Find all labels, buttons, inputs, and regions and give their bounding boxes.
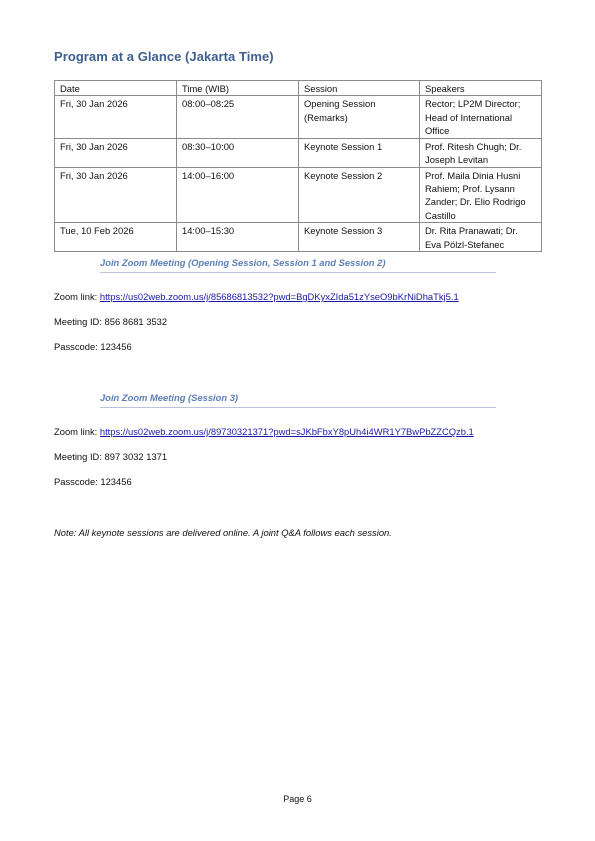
page-number: Page 6 xyxy=(0,794,595,804)
page-title: Program at a Glance (Jakarta Time) xyxy=(54,49,274,64)
table-row: Tue, 10 Feb 2026 14:00–15:30 Keynote Ses… xyxy=(55,223,542,252)
header-speakers: Speakers xyxy=(420,81,542,96)
cell-date: Fri, 30 Jan 2026 xyxy=(55,167,177,223)
table-header-row: Date Time (WIB) Session Speakers xyxy=(55,81,542,96)
cell-speakers: Prof. Maila Dinia Husni Rahiem; Prof. Ly… xyxy=(420,167,542,223)
cell-session: Keynote Session 3 xyxy=(299,223,420,252)
table-row: Fri, 30 Jan 2026 08:30–10:00 Keynote Ses… xyxy=(55,138,542,167)
cell-time: 14:00–15:30 xyxy=(177,223,299,252)
meeting-1-id: Meeting ID: 856 8681 3532 xyxy=(54,316,167,327)
meeting-2-passcode: Passcode: 123456 xyxy=(54,476,132,487)
meeting-1-link-line: Zoom link: https://us02web.zoom.us/j/856… xyxy=(54,291,459,302)
cell-speakers: Dr. Rita Pranawati; Dr. Eva Pölzl-Stefan… xyxy=(420,223,542,252)
cell-speakers: Prof. Ritesh Chugh; Dr. Joseph Levitan xyxy=(420,138,542,167)
cell-time: 08:30–10:00 xyxy=(177,138,299,167)
program-table: Date Time (WIB) Session Speakers Fri, 30… xyxy=(54,80,542,252)
cell-session: Opening Session (Remarks) xyxy=(299,96,420,138)
meeting-2-heading: Join Zoom Meeting (Session 3) xyxy=(100,392,496,408)
table-row: Fri, 30 Jan 2026 14:00–16:00 Keynote Ses… xyxy=(55,167,542,223)
table-row: Fri, 30 Jan 2026 08:00–08:25 Opening Ses… xyxy=(55,96,542,138)
meeting-2-id: Meeting ID: 897 3032 1371 xyxy=(54,451,167,462)
meeting-1-passcode: Passcode: 123456 xyxy=(54,341,132,352)
cell-time: 14:00–16:00 xyxy=(177,167,299,223)
cell-session: Keynote Session 2 xyxy=(299,167,420,223)
cell-date: Tue, 10 Feb 2026 xyxy=(55,223,177,252)
meeting-1-heading: Join Zoom Meeting (Opening Session, Sess… xyxy=(100,257,496,273)
zoom-link-label: Zoom link: xyxy=(54,291,100,302)
cell-speakers: Rector; LP2M Director; Head of Internati… xyxy=(420,96,542,138)
note: Note: All keynote sessions are delivered… xyxy=(54,527,392,538)
cell-session: Keynote Session 1 xyxy=(299,138,420,167)
header-date: Date xyxy=(55,81,177,96)
zoom-link-2[interactable]: https://us02web.zoom.us/j/89730321371?pw… xyxy=(100,426,474,437)
zoom-link-label: Zoom link: xyxy=(54,426,100,437)
cell-time: 08:00–08:25 xyxy=(177,96,299,138)
cell-date: Fri, 30 Jan 2026 xyxy=(55,96,177,138)
cell-date: Fri, 30 Jan 2026 xyxy=(55,138,177,167)
meeting-2-link-line: Zoom link: https://us02web.zoom.us/j/897… xyxy=(54,426,474,437)
header-session: Session xyxy=(299,81,420,96)
zoom-link-1[interactable]: https://us02web.zoom.us/j/85686813532?pw… xyxy=(100,291,459,302)
header-time: Time (WIB) xyxy=(177,81,299,96)
